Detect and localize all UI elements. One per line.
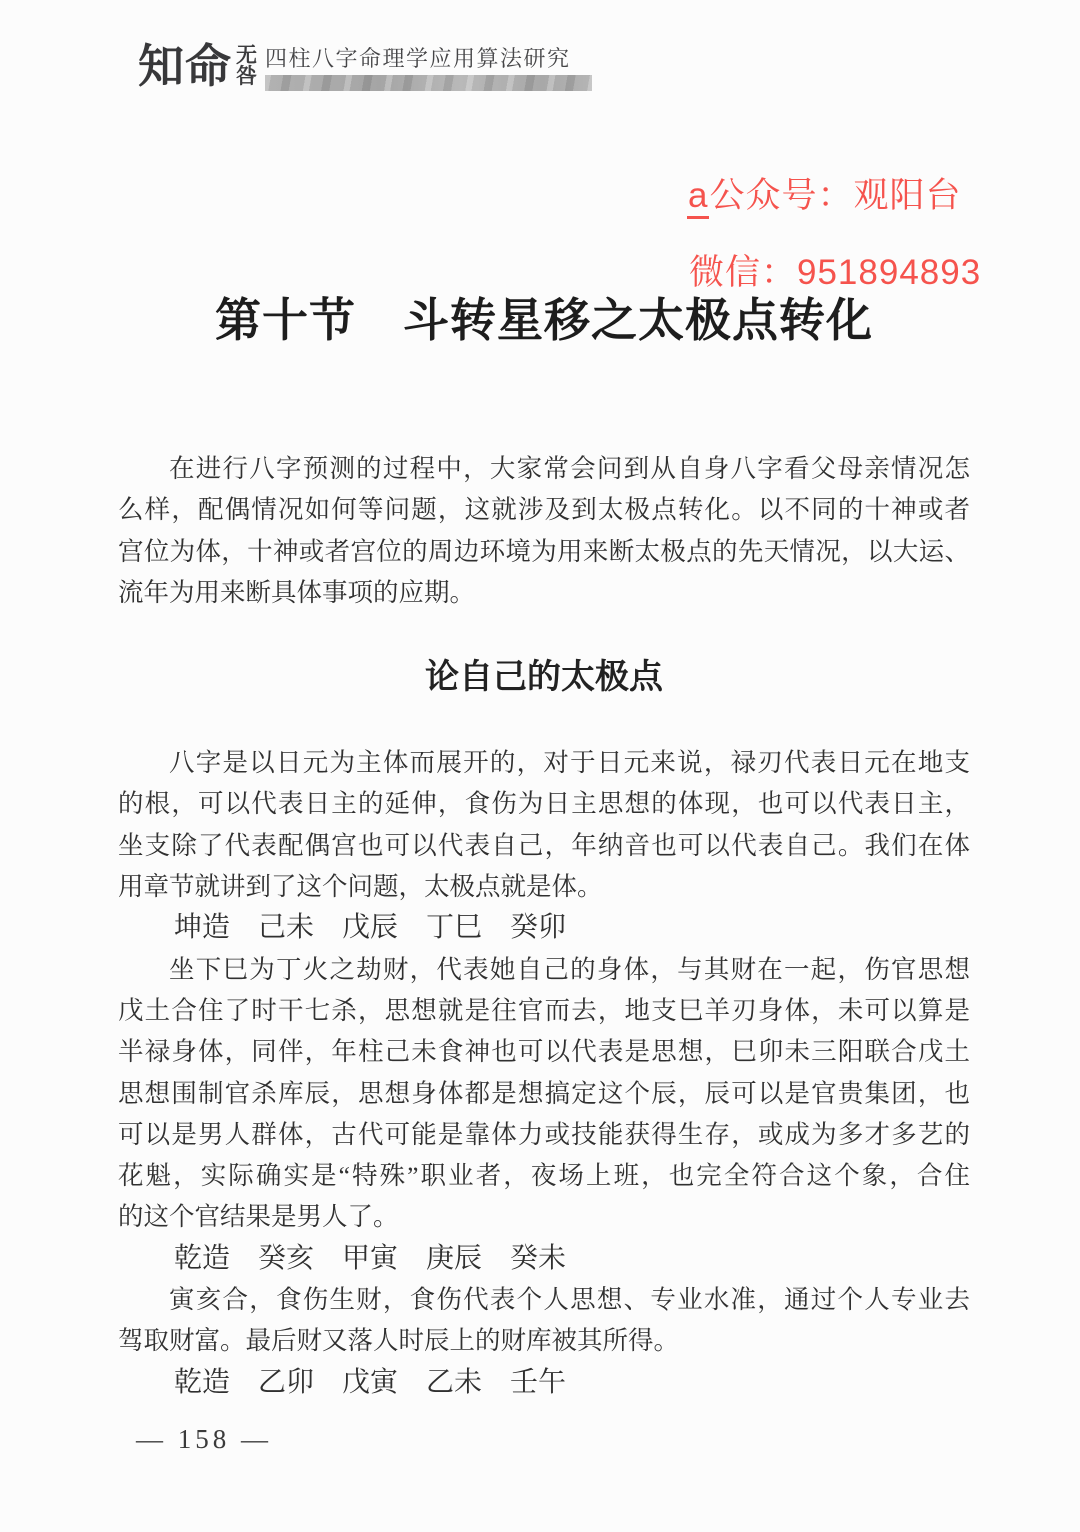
body-text: 在进行八字预测的过程中，大家常会问到从自身八字看父母亲情况怎 么样，配偶情况如何… (118, 448, 970, 1403)
body-line: 戊土合住了时干七杀，思想就是往官而去，地支巳羊刃身体，未可以算是 (118, 990, 970, 1031)
series-underline-bar (265, 75, 592, 91)
body-line: 半禄身体，同伴，年柱己未食神也可以代表是思想，巳卯未三阳联合戊土 (118, 1031, 970, 1072)
body-line: 寅亥合，食伤生财，食伤代表个人思想、专业水准，通过个人专业去 (118, 1279, 970, 1320)
book-logo-main: 知命 (138, 44, 232, 90)
section-heading: 论自己的太极点 (118, 659, 970, 695)
body-line: 的这个官结果是男人了。 (118, 1196, 970, 1237)
book-logo-sub-top: 无 (236, 45, 257, 66)
body-line: 流年为用来断具体事项的应期。 (118, 572, 970, 613)
body-line: 宫位为体，十神或者宫位的周边环境为用来断太极点的先天情况，以大运、 (118, 531, 970, 572)
watermark-account-line: a公众号：观阳台 (687, 168, 961, 218)
body-line: 么样，配偶情况如何等问题，这就涉及到太极点转化。以不同的十神或者 (118, 489, 970, 530)
page-number: — 158 — (136, 1424, 272, 1455)
book-logo-sub: 无 咎 (236, 45, 257, 87)
pillar-line-qian-2: 乾造 乙卯 戊寅 乙未 壬午 (118, 1362, 970, 1403)
body-line: 八字是以日元为主体而展开的，对于日元来说，禄刃代表日元在地支 (118, 742, 970, 783)
body-line: 花魁，实际确实是“特殊”职业者，夜场上班，也完全符合这个象，合住 (118, 1155, 970, 1196)
body-line: 驾取财富。最后财又落人时辰上的财库被其所得。 (118, 1320, 970, 1361)
watermark-prefix: a (687, 176, 709, 219)
body-line: 坐下巳为丁火之劫财，代表她自己的身体，与其财在一起，伤官思想 (118, 949, 970, 990)
watermark-account-text: 公众号：观阳台 (709, 176, 961, 215)
pillar-line-kun: 坤造 己未 戊辰 丁巳 癸卯 (118, 907, 970, 948)
body-line: 思想围制官杀库辰，思想身体都是想搞定这个辰，辰可以是官贵集团，也 (118, 1073, 970, 1114)
pillar-line-qian-1: 乾造 癸亥 甲寅 庚辰 癸未 (118, 1238, 970, 1279)
series-title-block: 四柱八字命理学应用算法研究 (265, 46, 592, 91)
body-line: 坐支除了代表配偶宫也可以代表自己，年纳音也可以代表自己。我们在体 (118, 825, 970, 866)
body-line: 用章节就讲到了这个问题，太极点就是体。 (118, 866, 970, 907)
body-line: 的根，可以代表日主的延伸，食伤为日主思想的体现，也可以代表日主， (118, 783, 970, 824)
body-line: 在进行八字预测的过程中，大家常会问到从自身八字看父母亲情况怎 (118, 448, 970, 489)
chapter-title: 第十节 斗转星移之太极点转化 (118, 284, 970, 350)
page-header: 知命 无 咎 四柱八字命理学应用算法研究 (138, 44, 592, 91)
body-line: 可以是男人群体，古代可能是靠体力或技能获得生存，或成为多才多艺的 (118, 1114, 970, 1155)
book-logo-sub-bottom: 咎 (236, 66, 257, 87)
series-title: 四柱八字命理学应用算法研究 (265, 46, 592, 72)
